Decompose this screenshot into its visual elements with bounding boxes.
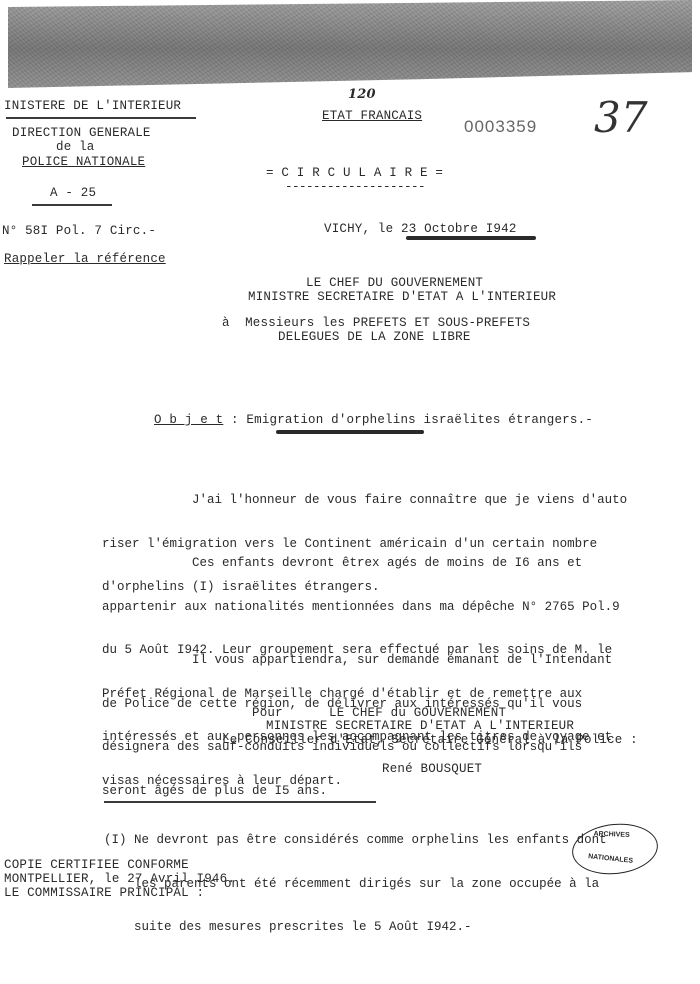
de-la-text: de la (56, 140, 95, 154)
handwritten-folio: 37 (594, 96, 648, 140)
subject-text: : Emigration d'orphelins israëlites étra… (223, 413, 593, 427)
page-number: 120 (348, 88, 376, 102)
signature-line-3: Le Conseiller d'Etat, Secrétaire Général… (222, 733, 638, 747)
direction-heading: DIRECTION GENERALE (12, 126, 151, 140)
reference-reminder: Rappeler la référence (4, 252, 166, 266)
sender-line-2: MINISTRE SECRETAIRE D'ETAT A L'INTERIEUR (248, 290, 556, 304)
signatory-name: René BOUSQUET (382, 762, 482, 776)
subject-label: O b j e t (154, 413, 223, 427)
signature-line-1: Pour LE CHEF du GOUVERNEMENT (252, 706, 506, 720)
service-code: A - 25 (50, 186, 96, 200)
footnote-line: suite des mesures prescrites le 5 Août I… (104, 920, 607, 935)
body-line: seront âgés de plus de I5 ans. (102, 784, 612, 799)
ministry-rule (6, 117, 196, 119)
body-line: Ces enfants devront êtrex agés de moins … (102, 556, 620, 571)
document-type: = C I R C U L A I R E = (266, 166, 443, 180)
place-date: VICHY, le 23 Octobre I942 (324, 222, 517, 236)
body-line: Il vous appartiendra, sur demande émanan… (102, 653, 612, 668)
sender-line-1: LE CHEF DU GOUVERNEMENT (306, 276, 483, 290)
stamp-bottom-text: NATIONALES (588, 853, 633, 865)
recipient-line-1: à Messieurs les PREFETS ET SOUS-PREFETS (222, 316, 530, 330)
reference-number: N° 58I Pol. 7 Circ.- (2, 224, 156, 238)
certification-line-3: LE COMMISSAIRE PRINCIPAL : (4, 886, 204, 900)
serial-number: 0003359 (464, 120, 537, 134)
body-line: appartenir aux nationalités mentionnées … (102, 600, 620, 615)
scan-shadow-band (8, 0, 692, 88)
ministry-heading: INISTERE DE L'INTERIEUR (4, 99, 181, 113)
signature-line-2: MINISTRE SECRETAIRE D'ETAT A L'INTERIEUR (266, 719, 574, 733)
police-heading: POLICE NATIONALE (22, 155, 145, 169)
date-underline-mark (406, 236, 536, 240)
subject-line: O b j e t : Emigration d'orphelins israë… (154, 413, 593, 427)
subject-underline-mark (276, 430, 424, 434)
place-prefix: VICHY, le (324, 222, 401, 236)
certification-line-1: COPIE CERTIFIEE CONFORME (4, 858, 189, 872)
code-rule (32, 204, 112, 206)
certification-line-2: MONTPELLIER, le 27 Avril I946. (4, 872, 235, 886)
state-heading: ETAT FRANCAIS (322, 109, 422, 123)
recipient-line-2: DELEGUES DE LA ZONE LIBRE (278, 330, 471, 344)
footnote-rule (104, 801, 376, 803)
date: 23 Octobre I942 (401, 222, 517, 236)
footnote-line: (I) Ne devront pas être considérés comme… (104, 833, 607, 848)
stamp-top-text: ARCHIVES (593, 831, 629, 839)
document-type-underline: -------------------- (285, 180, 425, 194)
body-line: J'ai l'honneur de vous faire connaître q… (102, 493, 627, 508)
